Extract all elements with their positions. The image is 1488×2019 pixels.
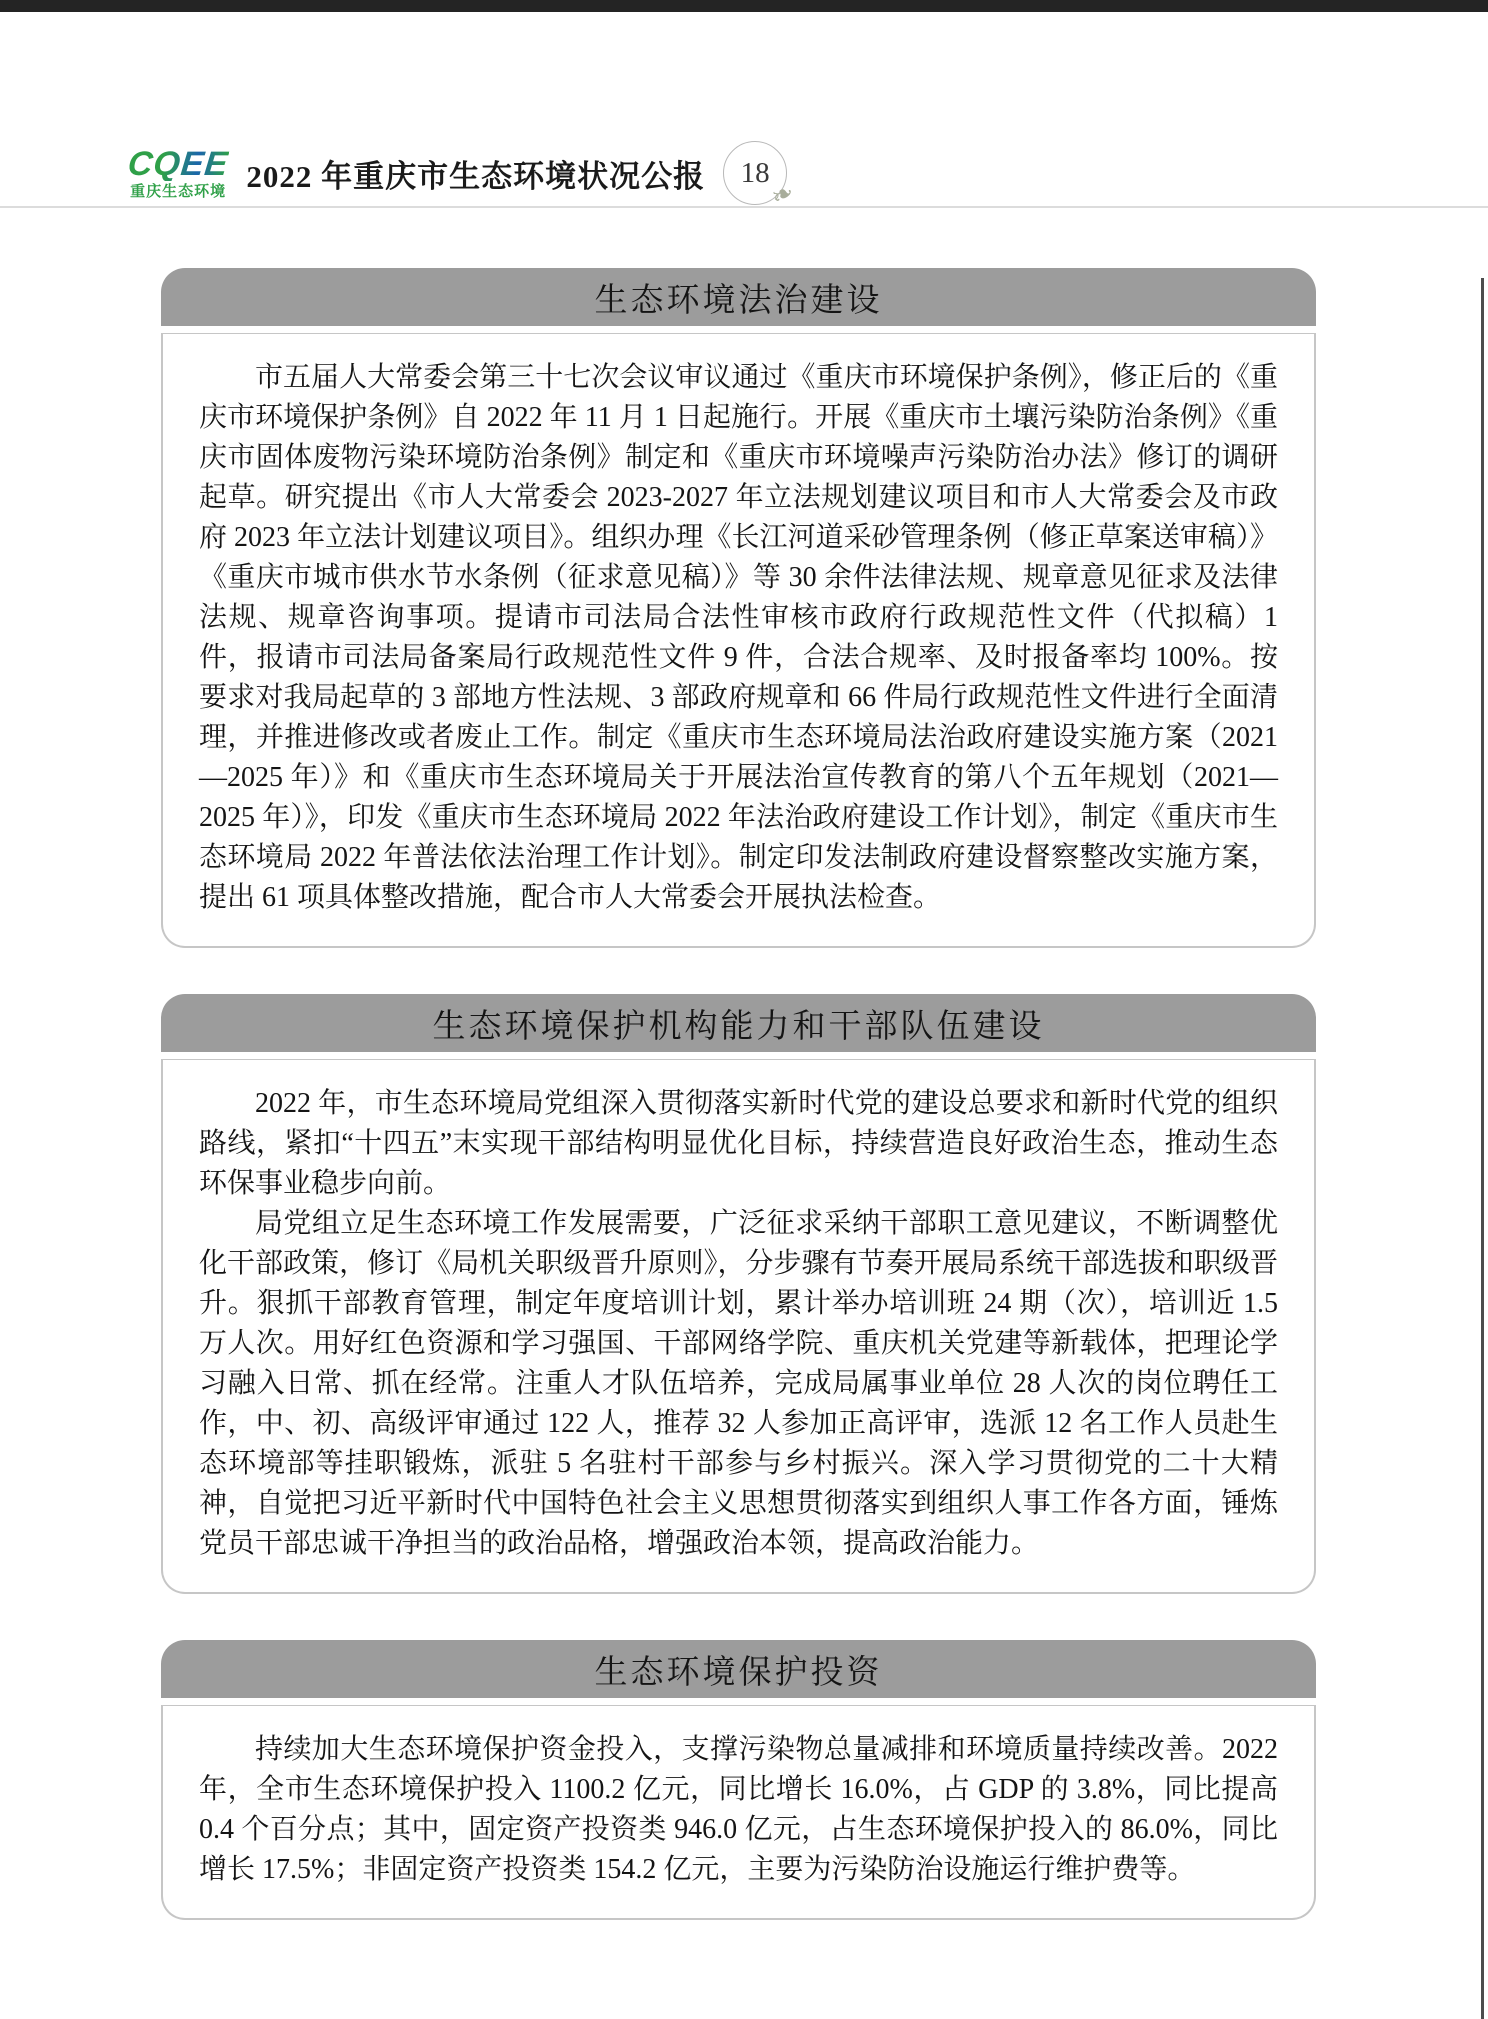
- content-column: 生态环境法治建设 市五届人大常委会第三十七次会议审议通过《重庆市环境保护条例》，…: [161, 268, 1316, 1966]
- section-header-bar: 生态环境保护机构能力和干部队伍建设: [161, 994, 1316, 1052]
- section-investment: 生态环境保护投资 持续加大生态环境保护资金投入，支撑污染物总量减排和环境质量持续…: [161, 1640, 1316, 1920]
- section-paragraph: 局党组立足生态环境工作发展需要，广泛征求采纳干部职工意见建议，不断调整优化干部政…: [199, 1204, 1278, 1564]
- section-capacity-cadre: 生态环境保护机构能力和干部队伍建设 2022 年，市生态环境局党组深入贯彻落实新…: [161, 994, 1316, 1594]
- section-paragraph: 持续加大生态环境保护资金投入，支撑污染物总量减排和环境质量持续改善。2022 年…: [199, 1730, 1278, 1890]
- logo-acronym: CQEE: [126, 147, 230, 181]
- scan-right-edge: [1481, 278, 1484, 2019]
- document-title: 2022 年重庆市生态环境状况公报: [246, 151, 705, 196]
- scan-top-edge: [0, 0, 1488, 12]
- document-page: CQEE 重庆生态环境 2022 年重庆市生态环境状况公报 18 ❧ 生态环境法…: [0, 0, 1488, 2019]
- section-title: 生态环境法治建设: [595, 274, 883, 321]
- section-body: 市五届人大常委会第三十七次会议审议通过《重庆市环境保护条例》，修正后的《重庆市环…: [161, 333, 1316, 948]
- section-title: 生态环境保护机构能力和干部队伍建设: [433, 1000, 1045, 1047]
- section-body: 2022 年，市生态环境局党组深入贯彻落实新时代党的建设总要求和新时代党的组织路…: [161, 1059, 1316, 1594]
- section-paragraph: 2022 年，市生态环境局党组深入贯彻落实新时代党的建设总要求和新时代党的组织路…: [199, 1084, 1278, 1204]
- page-number: 18: [741, 157, 770, 190]
- section-title: 生态环境保护投资: [595, 1646, 883, 1693]
- section-body: 持续加大生态环境保护资金投入，支撑污染物总量减排和环境质量持续改善。2022 年…: [161, 1705, 1316, 1920]
- section-header-bar: 生态环境法治建设: [161, 268, 1316, 326]
- header-divider: [0, 206, 1488, 208]
- section-paragraph: 市五届人大常委会第三十七次会议审议通过《重庆市环境保护条例》，修正后的《重庆市环…: [199, 358, 1278, 918]
- cqee-logo: CQEE 重庆生态环境: [128, 147, 228, 199]
- logo-subtitle: 重庆生态环境: [130, 184, 226, 199]
- page-header: CQEE 重庆生态环境 2022 年重庆市生态环境状况公报 18 ❧: [128, 142, 787, 204]
- section-header-bar: 生态环境保护投资: [161, 1640, 1316, 1698]
- page-number-badge: 18 ❧: [723, 141, 787, 205]
- section-rule-of-law: 生态环境法治建设 市五届人大常委会第三十七次会议审议通过《重庆市环境保护条例》，…: [161, 268, 1316, 948]
